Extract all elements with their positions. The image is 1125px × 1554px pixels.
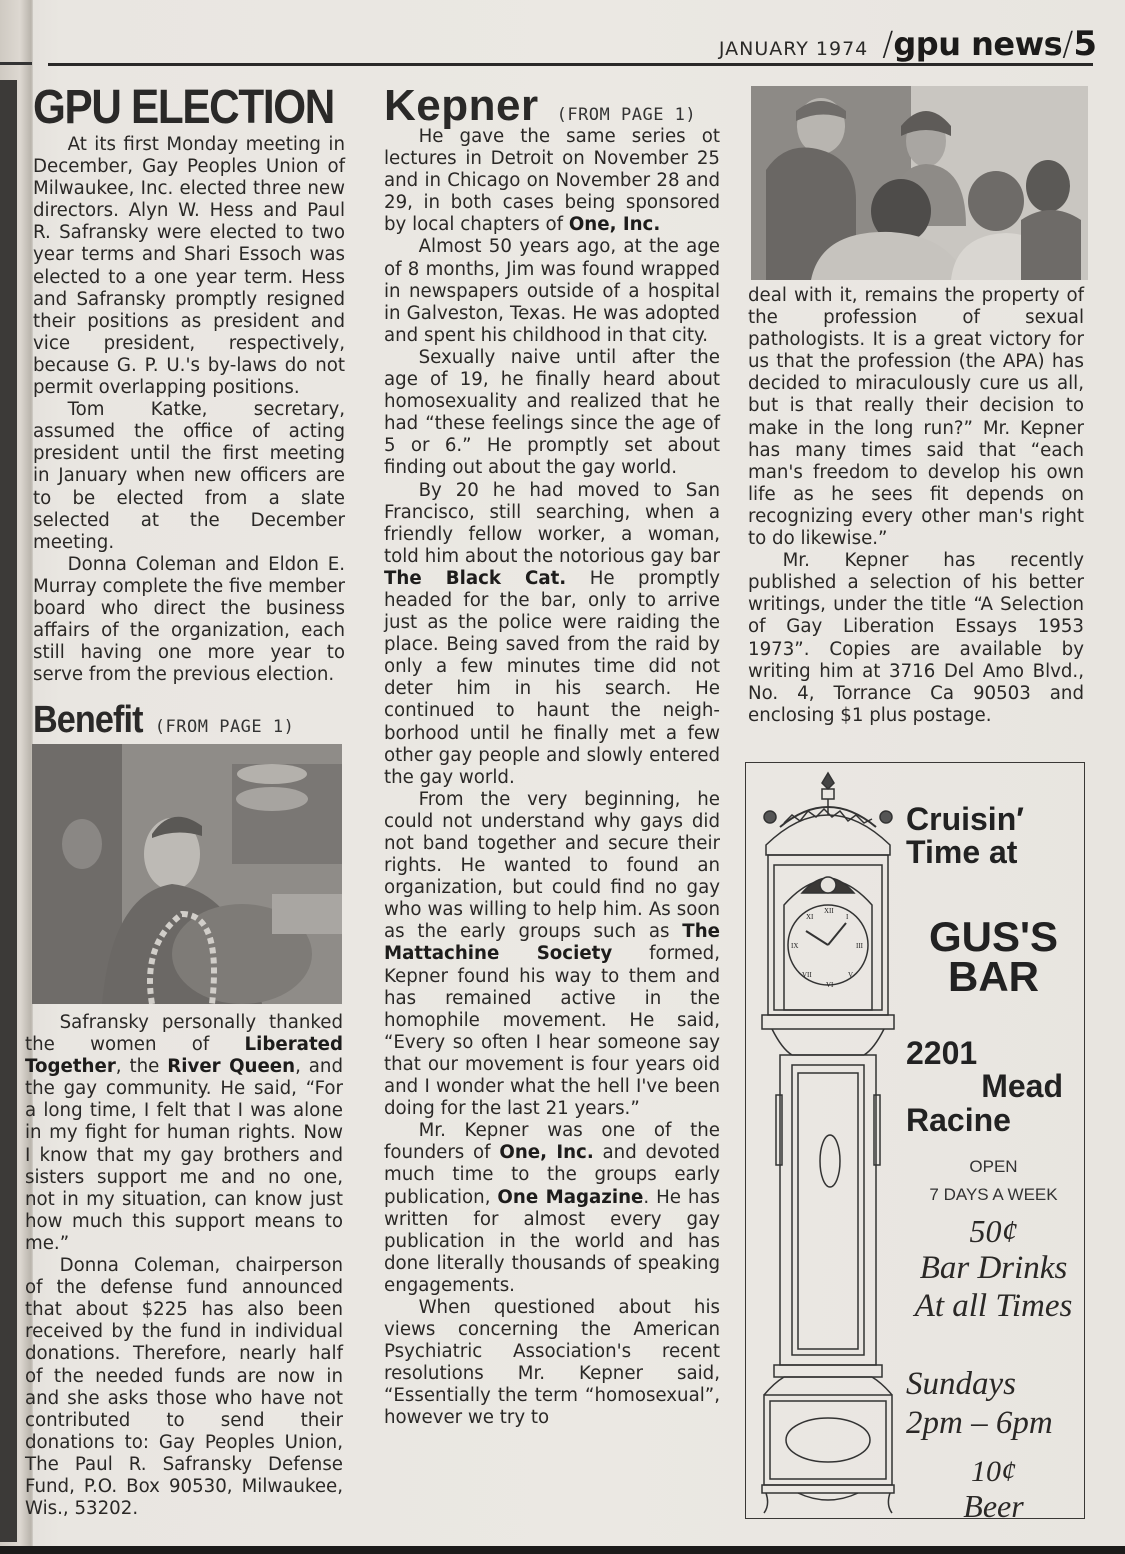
paragraph: When questioned about his views concerni…: [384, 1297, 720, 1430]
paragraph: Sexually naive until after the age of 19…: [384, 347, 720, 480]
paragraph: He gave the same series ot lectures in D…: [384, 126, 720, 236]
photo-image: [751, 86, 1088, 280]
continued-from-label: (FROM PAGE 1): [155, 717, 295, 737]
org-name: One, Inc.: [499, 1142, 593, 1163]
ad-street-number: 2201: [906, 1037, 1081, 1069]
org-name: One, Inc.: [569, 214, 660, 235]
adjacent-page-edge: [0, 80, 17, 1542]
ad-copy: Cruisin′ Time at GUS'S BAR 2201 Mead Rac…: [906, 803, 1081, 1523]
newspaper-page: JANUARY 1974 / gpu news / 5 GPU ELECTION…: [0, 0, 1125, 1554]
ad-drink-price: 50¢: [906, 1213, 1081, 1249]
paragraph: From the very beginning, he could not un…: [384, 789, 720, 1120]
paragraph: Tom Katke, secretary, assumed the office…: [33, 399, 345, 554]
masthead-slash: /: [882, 24, 893, 63]
ad-days-label: 7 DAYS A WEEK: [906, 1185, 1081, 1205]
venue-name: River Queen: [167, 1056, 295, 1077]
masthead: JANUARY 1974 / gpu news / 5: [719, 24, 1097, 64]
ad-drinks-line-1: Bar Drinks: [906, 1249, 1081, 1287]
article-kepner-continued: deal with it, remains the property of th…: [748, 285, 1084, 727]
page-bottom-edge: [0, 1546, 1125, 1554]
article-kepner: Kepner (FROM PAGE 1) He gave the same se…: [384, 82, 720, 1430]
headline-benefit-row: Benefit (FROM PAGE 1): [33, 698, 353, 742]
svg-text:V: V: [848, 971, 853, 979]
headline-benefit: Benefit: [33, 698, 143, 742]
headline-kepner: Kepner: [384, 82, 539, 130]
grandfather-clock-icon: XII III VI IX XI I V VII: [758, 765, 898, 1515]
svg-text:VII: VII: [802, 971, 812, 979]
paragraph: Mr. Kepner has recently published a sele…: [748, 550, 1084, 727]
svg-text:XI: XI: [806, 913, 814, 921]
ad-open-label: OPEN: [906, 1157, 1081, 1177]
ad-sunday-hours: 2pm – 6pm: [906, 1403, 1081, 1443]
paragraph: Mr. Kepner was one of the founders of On…: [384, 1120, 720, 1297]
ad-tagline-2: Time at: [906, 836, 1081, 869]
masthead-slash-2: /: [1062, 24, 1073, 63]
paragraph: Almost 50 years ago, at the age of 8 mon…: [384, 236, 720, 346]
benefit-photo: [32, 744, 342, 1004]
ad-bar-name-2: BAR: [906, 957, 1081, 997]
kepner-photo: [751, 86, 1088, 280]
ad-sundays-label: Sundays: [906, 1365, 1081, 1403]
adjacent-page-rule: [0, 62, 32, 65]
paragraph: Safransky personally thanked the women o…: [25, 1012, 343, 1255]
page-number: 5: [1073, 24, 1097, 64]
advertisement-gus-bar: XII III VI IX XI I V VII: [745, 762, 1085, 1519]
article-gpu-election: GPU ELECTION At its first Monday meeting…: [33, 82, 345, 686]
publication-title: One Magazine: [497, 1187, 643, 1208]
ad-beer-label: Beer: [906, 1489, 1081, 1523]
continued-from-label: (FROM PAGE 1): [557, 104, 697, 126]
article-benefit-body: Safransky personally thanked the women o…: [25, 1012, 343, 1520]
ad-tagline-1: Cruisin′: [906, 803, 1081, 836]
ad-city: Racine: [906, 1103, 1081, 1137]
ad-beer-price: 10¢: [906, 1455, 1081, 1489]
headline-kepner-row: Kepner (FROM PAGE 1): [384, 82, 720, 130]
svg-text:III: III: [856, 942, 864, 950]
photo-image: [32, 744, 342, 1004]
ad-bar-name-1: GUS'S: [906, 917, 1081, 957]
paragraph: By 20 he had moved to San Francisco, sti…: [384, 480, 720, 789]
paragraph: Donna Coleman, chairperson of the defens…: [25, 1255, 343, 1520]
issue-date: JANUARY 1974: [719, 38, 868, 60]
svg-text:XII: XII: [824, 907, 834, 915]
masthead-rule: [48, 63, 1093, 66]
paragraph: At its first Monday meeting in December,…: [33, 134, 345, 399]
ad-drinks-line-2: At all Times: [906, 1287, 1081, 1325]
headline-gpu-election: GPU ELECTION: [33, 82, 334, 134]
svg-text:IX: IX: [791, 942, 798, 950]
paragraph: deal with it, remains the property of th…: [748, 285, 1084, 550]
venue-name: The Black Cat.: [384, 568, 566, 589]
publication-name: gpu news: [893, 25, 1062, 63]
paragraph: Donna Coleman and Eldon E. Murray comple…: [33, 554, 345, 687]
svg-text:VI: VI: [826, 981, 834, 989]
svg-text:I: I: [846, 913, 849, 921]
ad-street-name: Mead: [906, 1069, 1081, 1103]
